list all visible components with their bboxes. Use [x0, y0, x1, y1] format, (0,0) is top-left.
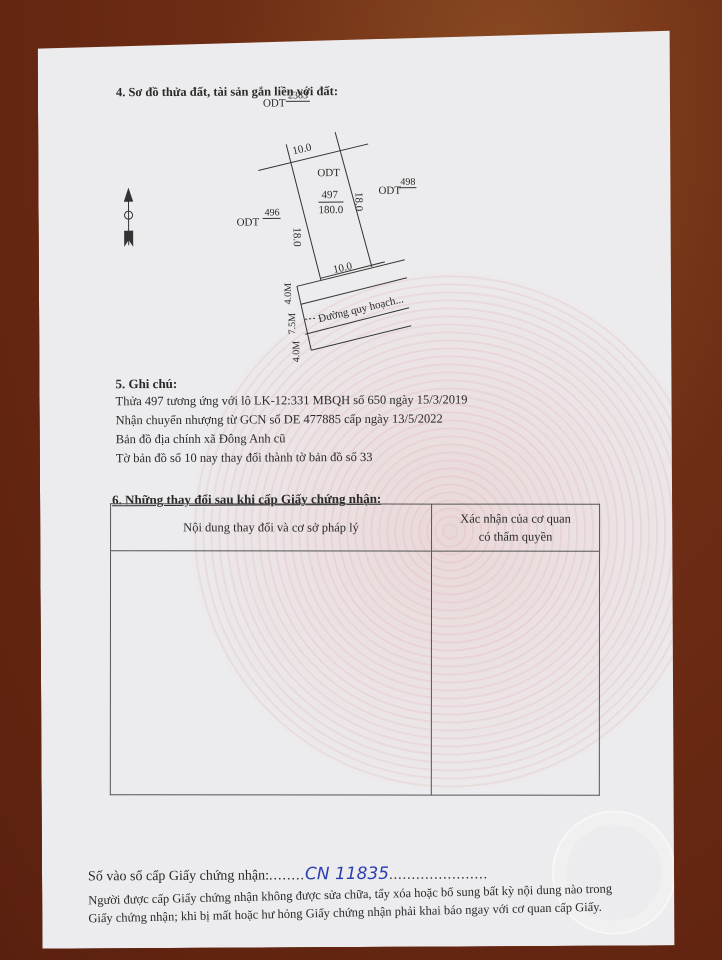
neighbor-use-north: ODT	[263, 97, 286, 109]
neighbor-number-east: 498	[400, 177, 415, 188]
parcel-area: 180.0	[319, 204, 344, 216]
dotted-leader: ........	[269, 868, 305, 883]
register-number-value: CN 11835	[305, 864, 389, 884]
dim-left: 18.0	[291, 227, 303, 247]
column-header-line: có thẩm quyền	[479, 530, 553, 544]
road-width-2: 7.5M	[287, 313, 298, 335]
column-header-line: Xác nhận của cơ quan	[460, 512, 571, 526]
note-line: Nhận chuyển nhượng từ GCN số DE 477885 c…	[116, 412, 443, 429]
note-line: Thửa 497 tương ứng với lô LK-12:331 MBQH…	[115, 392, 467, 409]
note-line: Bản đồ địa chính xã Đông Anh cũ	[116, 431, 286, 447]
parcel-use: ODT	[317, 167, 340, 179]
road-width-3: 4.0M	[291, 341, 302, 363]
note-line: Tờ bản đồ số 10 nay thay đổi thành tờ bả…	[116, 450, 373, 466]
parcel-sketch: ODT 2383 10.0 ODT 497 180.0 18.0 18.0 10…	[38, 30, 672, 373]
content-cell	[110, 551, 431, 795]
section5-title: 5. Ghi chú:	[115, 376, 177, 392]
road-width-1: 4.0M	[283, 283, 294, 305]
neighbor-number-north: 2383	[288, 90, 308, 101]
register-number-line: Số vào sổ cấp Giấy chứng nhận:........CN…	[88, 863, 488, 885]
certificate-page: 4. Sơ đồ thửa đất, tài sản gắn liền với …	[38, 30, 675, 948]
north-arrow-icon	[124, 189, 132, 245]
column-header-content: Nội dung thay đổi và cơ sở pháp lý	[111, 504, 432, 551]
neighbor-number-west: 496	[265, 207, 280, 218]
neighbor-use-west: ODT	[237, 217, 260, 229]
changes-table: Nội dung thay đổi và cơ sở pháp lý Xác n…	[110, 503, 600, 795]
confirmation-cell	[431, 551, 599, 795]
embossed-seal	[552, 810, 675, 935]
parcel-number: 497	[321, 189, 338, 201]
neighbor-use-east: ODT	[378, 185, 401, 197]
dim-right: 18.0	[352, 192, 364, 212]
dim-bottom: 10.0	[332, 260, 354, 276]
dim-top: 10.0	[291, 141, 313, 157]
dotted-leader: ......................	[389, 867, 488, 883]
column-header-confirmation: Xác nhận của cơ quan có thẩm quyền	[432, 504, 600, 551]
register-label: Số vào sổ cấp Giấy chứng nhận:	[88, 868, 269, 884]
